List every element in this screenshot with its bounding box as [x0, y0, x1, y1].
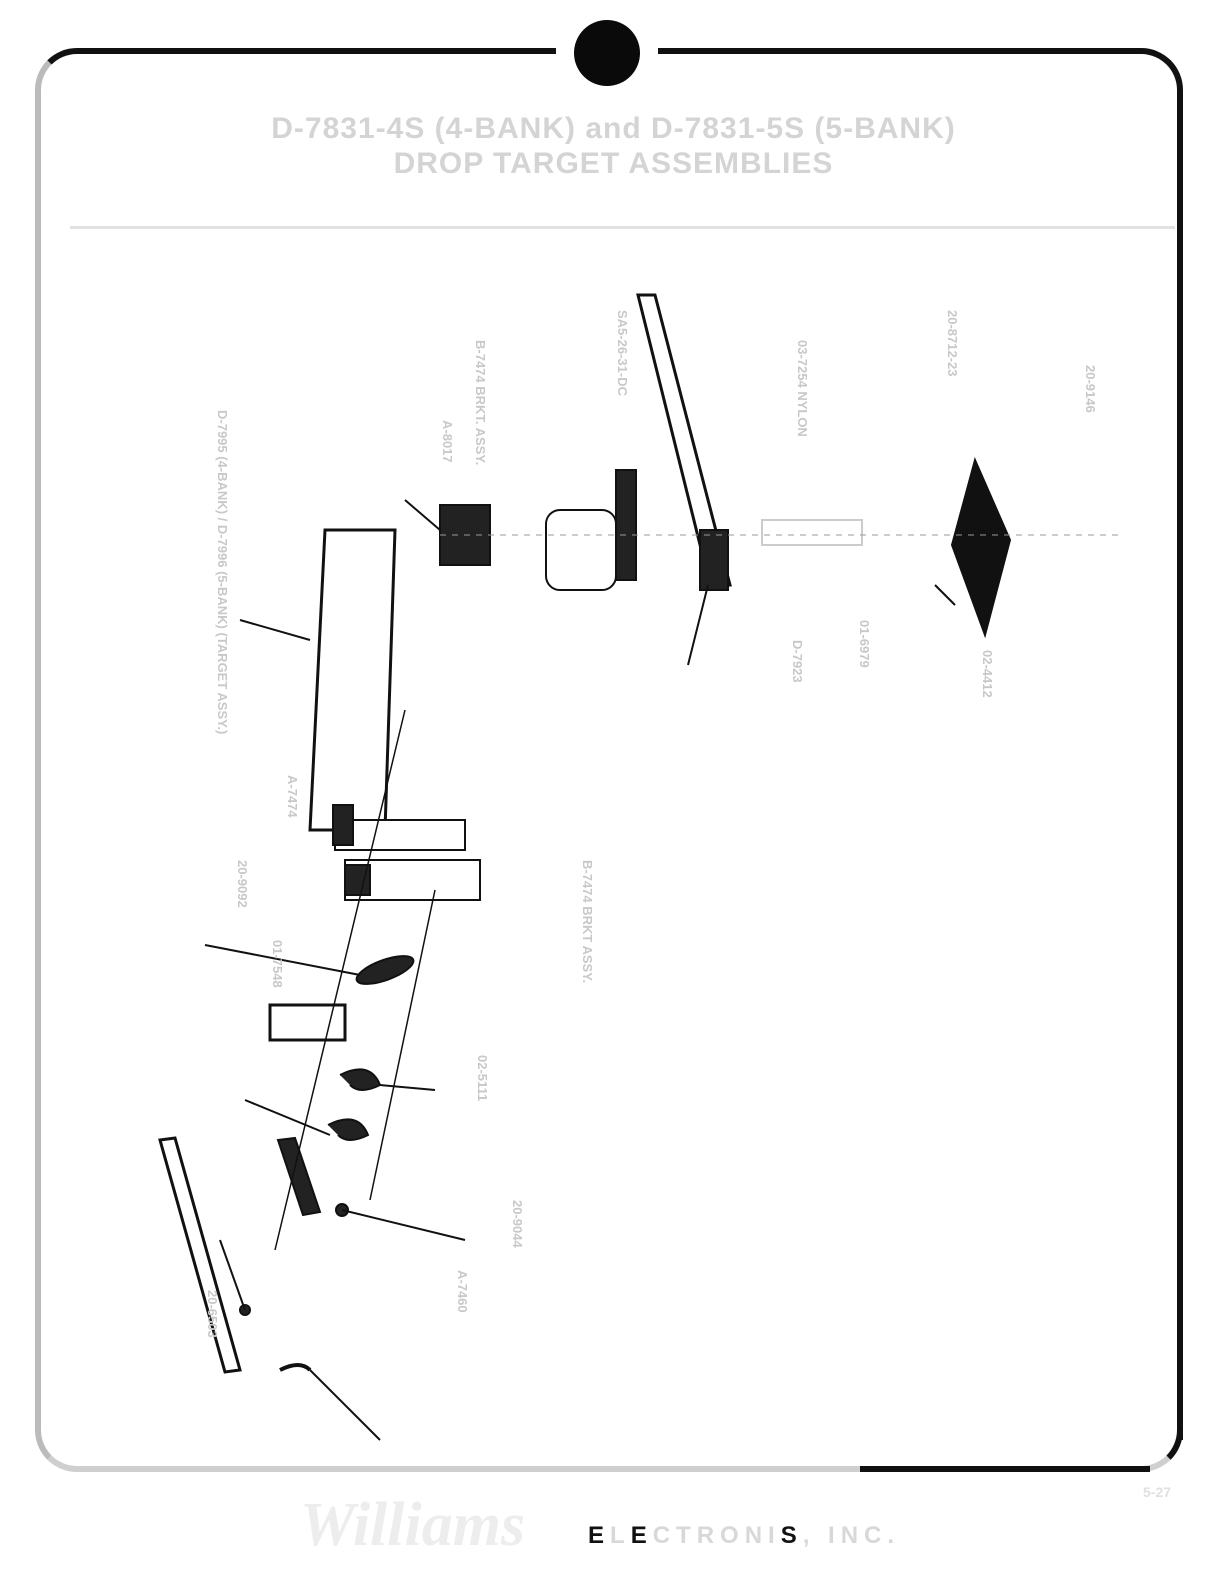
divider	[70, 226, 1175, 229]
part-label: D-7995 (4-BANK) / D-7996 (5-BANK) (TARGE…	[215, 410, 230, 734]
parts-drawing	[40, 240, 1180, 1460]
company-letters: CTRONI	[653, 1522, 781, 1549]
page-title: D-7831-4S (4-BANK) and D-7831-5S (5-BANK…	[0, 112, 1227, 146]
company-letter: E	[631, 1522, 653, 1549]
company-letter: E	[588, 1522, 610, 1549]
exploded-parts-diagram: D-7995 (4-BANK) / D-7996 (5-BANK) (TARGE…	[40, 240, 1180, 1460]
williams-logo: Williams	[300, 1490, 525, 1561]
company-suffix: , INC.	[803, 1522, 900, 1549]
part-label: A-8017	[440, 420, 455, 463]
part-label: 02-4412	[980, 650, 995, 698]
part-label: 02-5111	[475, 1055, 490, 1101]
part-label: B-7474 BRKT ASSY.	[580, 860, 595, 983]
company-name: ELECTRONIS, INC.	[588, 1522, 900, 1550]
part-label: SA5-26-31-DC	[615, 310, 630, 396]
part-label: 03-7254 NYLON	[795, 340, 810, 437]
part-label: 20-6503	[205, 1290, 220, 1338]
part-label: 20-9146	[1083, 365, 1098, 413]
target-plate	[310, 530, 395, 830]
part-label: B-7474 BRKT. ASSY.	[473, 340, 488, 465]
company-letter: L	[610, 1522, 631, 1549]
part-label: 01-7548	[270, 940, 285, 988]
williams-logo-icon	[574, 20, 640, 86]
part-label: 20-9044	[510, 1200, 525, 1248]
part-label: 20-9092	[235, 860, 250, 908]
company-letter: S	[781, 1522, 803, 1549]
part-label: 01-6979	[857, 620, 872, 668]
part-label: A-7474	[285, 775, 300, 818]
page-subtitle: DROP TARGET ASSEMBLIES	[0, 147, 1227, 181]
part-label: A-7460	[455, 1270, 470, 1313]
part-label: D-7923	[790, 640, 805, 683]
frame-accent	[860, 1466, 1150, 1472]
part-label: 20-8712-23	[945, 310, 960, 377]
page-number: 5-27	[1143, 1484, 1171, 1500]
